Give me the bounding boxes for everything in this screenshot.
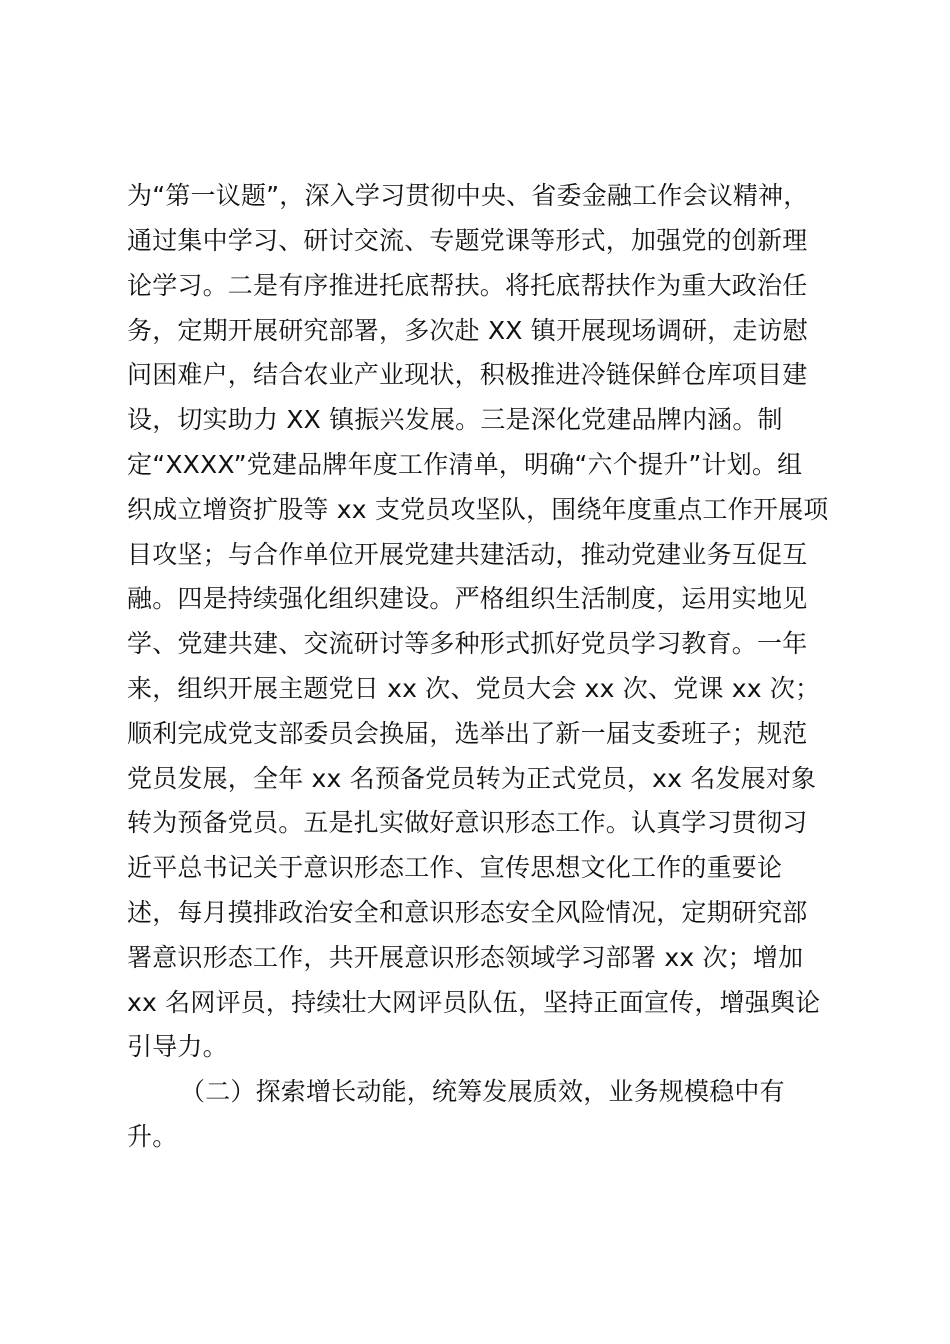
body-text-line: 定“XXXX”党建品牌年度工作清单，明确“六个提升”计划。组 [127, 450, 802, 480]
section-heading: （二）探索增长动能，统筹发展质效，业务规模稳中有 [180, 1077, 785, 1107]
body-text-line: 通过集中学习、研讨交流、专题党课等形式，加强党的创新理 [127, 226, 807, 256]
body-text-line: 学、党建共建、交流研讨等多种形式抓好党员学习教育。一年 [127, 629, 807, 659]
body-text-line: 织成立增资扩股等 xx 支党员攻坚队，围绕年度重点工作开展项 [127, 495, 829, 525]
body-text-line: 转为预备党员。五是扎实做好意识形态工作。认真学习贯彻习 [127, 808, 807, 838]
body-text-line: 问困难户，结合农业产业现状，积极推进冷链保鲜仓库项目建 [127, 360, 807, 390]
body-text-line: 顺利完成党支部委员会换届，选举出了新一届支委班子；规范 [127, 719, 807, 749]
body-text-line: 务，定期开展研究部署，多次赴 XX 镇开展现场调研，走访慰 [127, 316, 808, 346]
body-text-line: 为“第一议题”，深入学习贯彻中央、省委金融工作会议精神， [127, 181, 809, 211]
body-text-line: xx 名网评员，持续壮大网评员队伍，坚持正面宣传，增强舆论 [127, 988, 820, 1018]
body-text-line: 融。四是持续强化组织建设。严格组织生活制度，运用实地见 [127, 584, 807, 614]
body-text-line: 署意识形态工作，共开展意识形态领域学习部署 xx 次；增加 [127, 943, 803, 973]
section-heading-continuation: 升。 [127, 1122, 177, 1152]
body-text-line: 引导力。 [127, 1032, 228, 1062]
body-text-line: 设，切实助力 XX 镇振兴发展。三是深化党建品牌内涵。制 [127, 405, 783, 435]
body-text-line: 来，组织开展主题党日 xx 次、党员大会 xx 次、党课 xx 次； [127, 674, 820, 704]
body-text-line: 论学习。二是有序推进托底帮扶。将托底帮扶作为重大政治任 [127, 271, 807, 301]
body-text-line: 目攻坚；与合作单位开展党建共建活动，推动党建业务互促互 [127, 540, 807, 570]
body-text-line: 党员发展，全年 xx 名预备党员转为正式党员，xx 名发展对象 [127, 764, 816, 794]
document-page: 为“第一议题”，深入学习贯彻中央、省委金融工作会议精神， 通过集中学习、研讨交流… [0, 0, 950, 1344]
body-text-line: 述，每月摸排政治安全和意识形态安全风险情况，定期研究部 [127, 898, 807, 928]
body-text-line: 近平总书记关于意识形态工作、宣传思想文化工作的重要论 [127, 853, 782, 883]
